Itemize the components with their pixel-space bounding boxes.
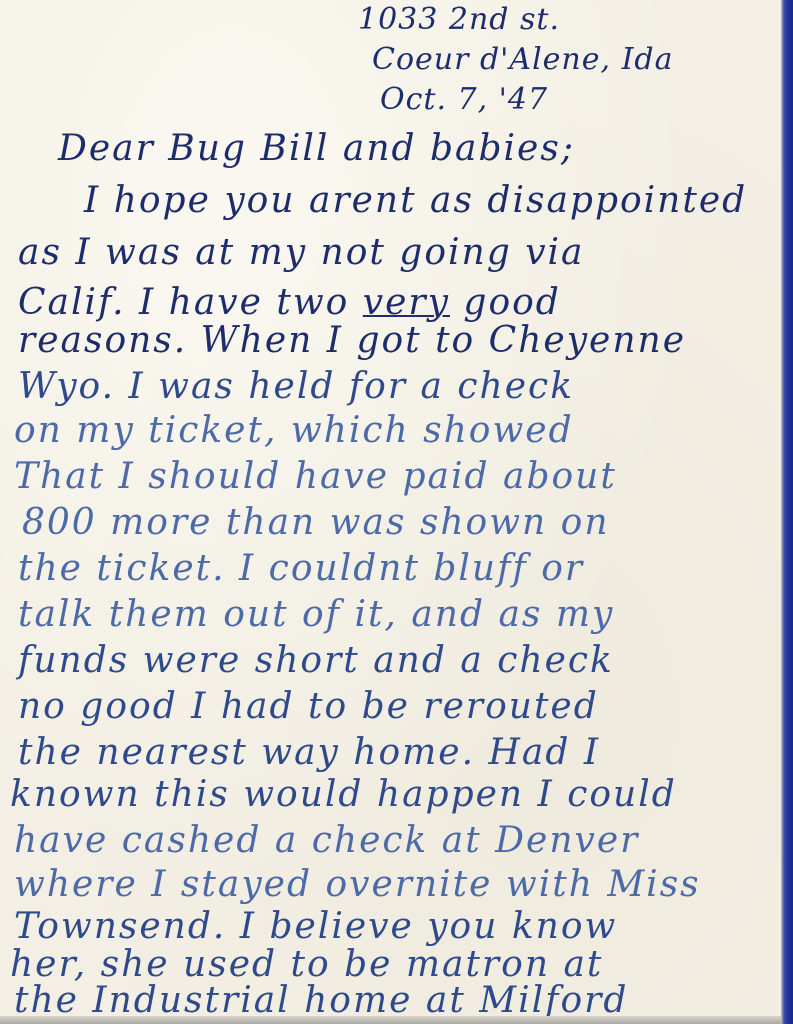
body-line: have cashed a check at Denver <box>14 820 639 861</box>
address-line-1: 1033 2nd st. <box>358 2 560 37</box>
salutation: Dear Bug Bill and babies; <box>58 128 575 169</box>
emphasized-word: very <box>363 282 450 323</box>
body-line: known this would happen I could <box>10 774 677 815</box>
body-line: where I stayed overnite with Miss <box>14 864 701 905</box>
body-line: on my ticket, which showed <box>14 410 574 451</box>
body-line: 800 more than was shown on <box>22 502 610 543</box>
letter-page: 1033 2nd st. Coeur d'Alene, Ida Oct. 7, … <box>0 0 781 1016</box>
body-line: no good I had to be rerouted <box>18 686 599 727</box>
body-line: I hope you arent as disappointed <box>84 180 747 221</box>
body-line: the Industrial home at Milford <box>14 980 628 1021</box>
page-border-bottom <box>0 1016 781 1024</box>
body-line: the ticket. I couldnt bluff or <box>18 548 584 589</box>
body-line: talk them out of it, and as my <box>18 594 614 635</box>
body-line: Wyo. I was held for a check <box>18 366 574 407</box>
body-line: as I was at my not going via <box>18 232 585 273</box>
body-line: her, she used to be matron at <box>10 944 603 985</box>
address-line-2: Coeur d'Alene, Ida <box>372 42 674 77</box>
page-border-right <box>781 0 793 1024</box>
letter-date: Oct. 7, '47 <box>380 82 548 117</box>
body-line: funds were short and a check <box>18 640 614 681</box>
body-line: Calif. I have two very good <box>18 282 561 323</box>
body-line-part: good <box>450 282 561 323</box>
body-line: reasons. When I got to Cheyenne <box>18 320 686 361</box>
body-line-part: Calif. I have two <box>18 282 363 323</box>
body-line: the nearest way home. Had I <box>18 732 600 773</box>
body-line: Townsend. I believe you know <box>14 906 617 947</box>
body-line: That I should have paid about <box>14 456 617 497</box>
